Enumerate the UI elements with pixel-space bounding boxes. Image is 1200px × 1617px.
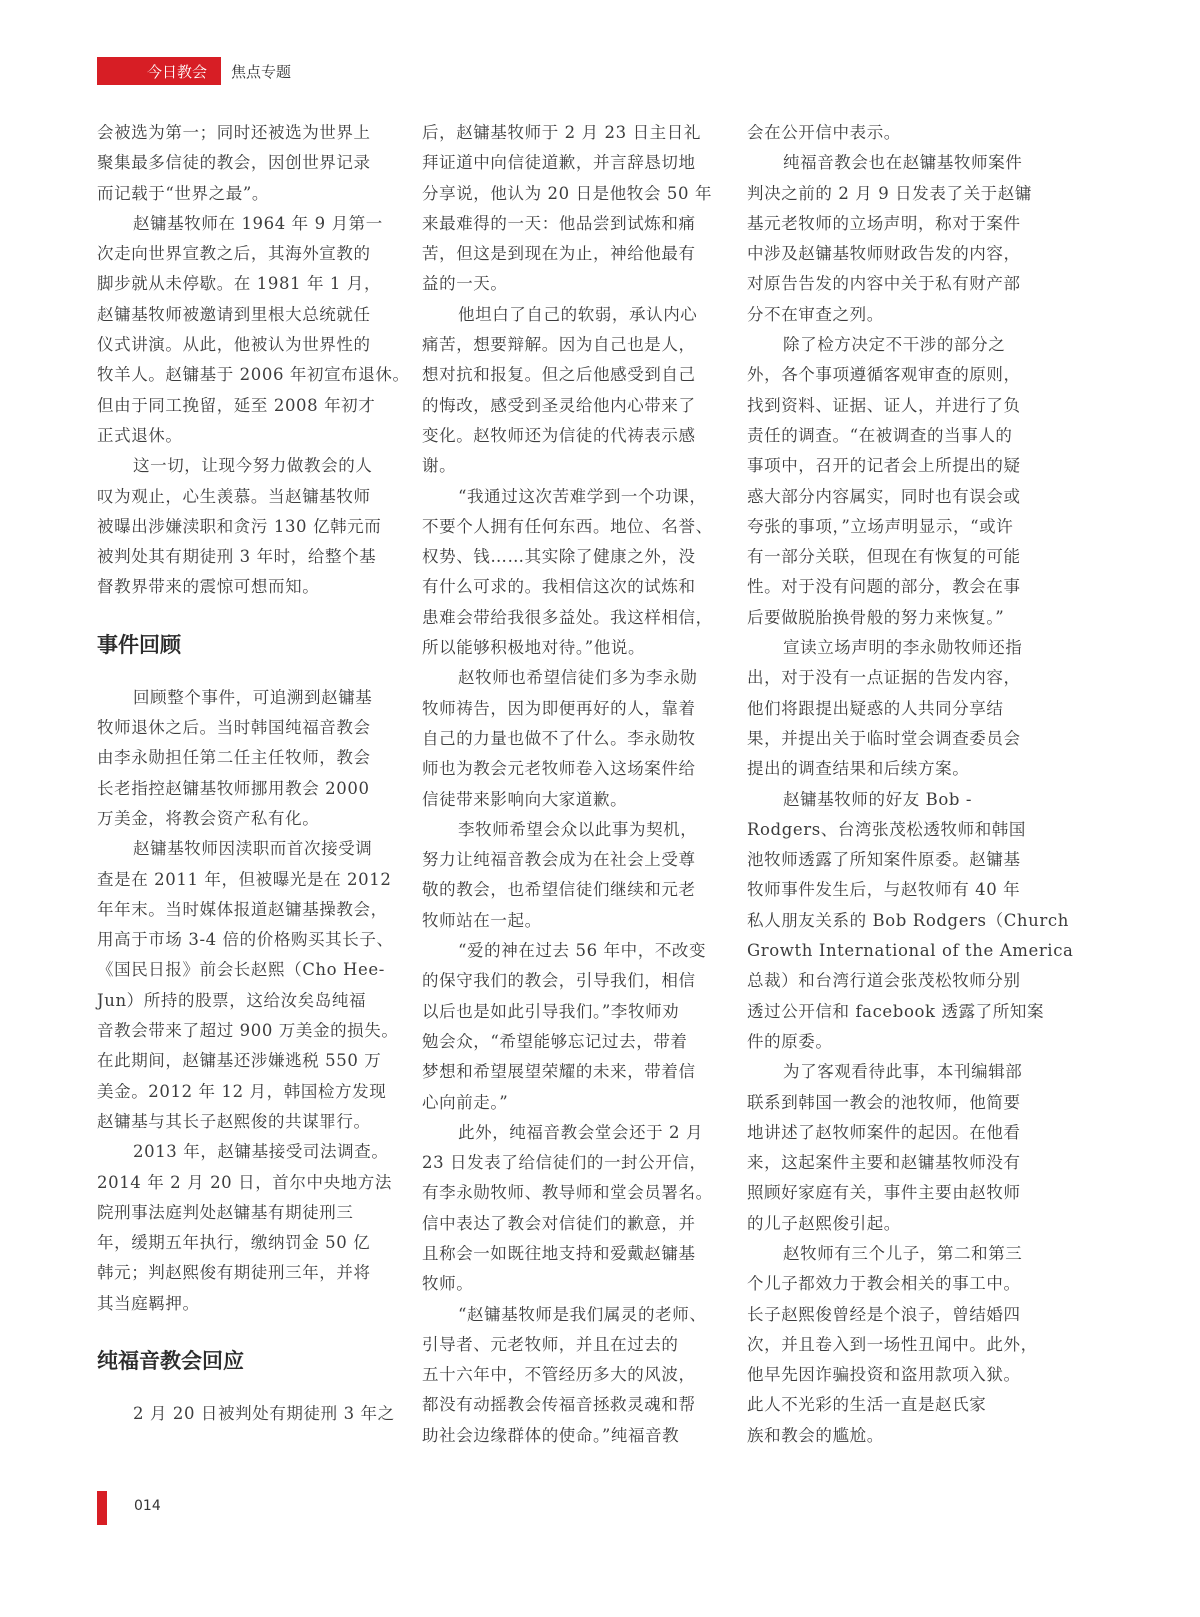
paragraph: “爱的神在过去 56 年中，不改变的保守我们的教会，引导我们，相信以后也是如此引…	[422, 936, 714, 1118]
text-line: 牧师祷告，因为即便再好的人，靠着	[422, 694, 714, 724]
text-line: 谢。	[422, 451, 714, 481]
text-line: 赵镛基与其长子赵熙俊的共谋罪行。	[97, 1107, 389, 1137]
section-heading: 纯福音教会回应	[97, 1341, 389, 1381]
text-line: 分不在审查之列。	[747, 300, 1039, 330]
text-line: 事项中，召开的记者会上所提出的疑	[747, 451, 1039, 481]
paragraph: 赵牧师也希望信徒们多为李永勋牧师祷告，因为即便再好的人，靠着自己的力量也做不了什…	[422, 663, 714, 814]
text-line: 会在公开信中表示。	[747, 118, 1039, 148]
text-line: 心向前走。”	[422, 1088, 714, 1118]
text-line: 不要个人拥有任何东西。地位、名誉、	[422, 512, 714, 542]
text-line: 对原告告发的内容中关于私有财产部	[747, 269, 1039, 299]
text-line: 纯福音教会也在赵镛基牧师案件	[747, 148, 1039, 178]
text-line: 被曝出涉嫌渎职和贪污 130 亿韩元而	[97, 512, 389, 542]
paragraph: 会在公开信中表示。	[747, 118, 1039, 148]
text-line: 查是在 2011 年，但被曝光是在 2012	[97, 865, 389, 895]
text-line: 此人不光彩的生活一直是赵氏家	[747, 1390, 1039, 1420]
paragraph: 2 月 20 日被判处有期徒刑 3 年之	[97, 1399, 389, 1429]
page-header: 今日教会 焦点专题	[97, 57, 291, 85]
text-line: 五十六年中，不管经历多大的风波，	[422, 1360, 714, 1390]
paragraph: 他坦白了自己的软弱，承认内心痛苦，想要辩解。因为自己也是人，想对抗和报复。但之后…	[422, 300, 714, 482]
text-line: 次走向世界宣教之后，其海外宣教的	[97, 239, 389, 269]
text-line: 判决之前的 2 月 9 日发表了关于赵镛	[747, 179, 1039, 209]
text-line: 赵牧师有三个儿子，第二和第三	[747, 1239, 1039, 1269]
text-line: 叹为观止，心生羡慕。当赵镛基牧师	[97, 482, 389, 512]
text-line: 在此期间，赵镛基还涉嫌逃税 550 万	[97, 1046, 389, 1076]
text-line: 照顾好家庭有关，事件主要由赵牧师	[747, 1178, 1039, 1208]
text-line: 2013 年，赵镛基接受司法调查。	[97, 1137, 389, 1167]
text-line: 惑大部分内容属实，同时也有误会或	[747, 482, 1039, 512]
text-line: 联系到韩国一教会的池牧师，他简要	[747, 1088, 1039, 1118]
text-line: 长老指控赵镛基牧师挪用教会 2000	[97, 774, 389, 804]
text-line: 赵镛基牧师被邀请到里根大总统就任	[97, 300, 389, 330]
text-line: 来，这起案件主要和赵镛基牧师没有	[747, 1148, 1039, 1178]
text-line: 此外，纯福音教会堂会还于 2 月	[422, 1118, 714, 1148]
text-line: 透过公开信和 facebook 透露了所知案	[747, 997, 1039, 1027]
page-number: 014	[134, 1498, 161, 1514]
text-line: “我通过这次苦难学到一个功课，	[422, 482, 714, 512]
text-line: 美金。2012 年 12 月，韩国检方发现	[97, 1077, 389, 1107]
text-line: 宣读立场声明的李永勋牧师还指	[747, 633, 1039, 663]
text-line: 牧师退休之后。当时韩国纯福音教会	[97, 713, 389, 743]
text-line: 这一切，让现今努力做教会的人	[97, 451, 389, 481]
text-line: 其当庭羁押。	[97, 1289, 389, 1319]
text-line: 想对抗和报复。但之后他感受到自己	[422, 360, 714, 390]
text-line: 后，赵镛基牧师于 2 月 23 日主日礼	[422, 118, 714, 148]
text-line: 长子赵熙俊曾经是个浪子，曾结婚四	[747, 1300, 1039, 1330]
text-line: 变化。赵牧师还为信徒的代祷表示感	[422, 421, 714, 451]
text-line: 回顾整个事件，可追溯到赵镛基	[97, 683, 389, 713]
text-line: 聚集最多信徒的教会，因创世界记录	[97, 148, 389, 178]
paragraph: 此外，纯福音教会堂会还于 2 月23 日发表了给信徒们的一封公开信，有李永勋牧师…	[422, 1118, 714, 1300]
text-line: 找到资料、证据、证人，并进行了负	[747, 391, 1039, 421]
text-line: 件的原委。	[747, 1027, 1039, 1057]
paragraph: 为了客观看待此事，本刊编辑部联系到韩国一教会的池牧师，他简要地讲述了赵牧师案件的…	[747, 1057, 1039, 1239]
text-line: 赵镛基牧师的好友 Bob -	[747, 785, 1039, 815]
text-line: 所以能够积极地对待。”他说。	[422, 633, 714, 663]
paragraph: 会被选为第一；同时还被选为世界上聚集最多信徒的教会，因创世界记录而记载于“世界之…	[97, 118, 389, 209]
text-line: 次，并且卷入到一场性丑闻中。此外，	[747, 1330, 1039, 1360]
text-line: 苦，但这是到现在为止，神给他最有	[422, 239, 714, 269]
text-line: 自己的力量也做不了什么。李永勋牧	[422, 724, 714, 754]
text-line: 牧师。	[422, 1269, 714, 1299]
paragraph: 2013 年，赵镛基接受司法调查。2014 年 2 月 20 日，首尔中央地方法…	[97, 1137, 389, 1319]
text-line: 个儿子都效力于教会相关的事工中。	[747, 1269, 1039, 1299]
text-line: 但由于同工挽留，延至 2008 年初才	[97, 391, 389, 421]
text-line: 有什么可求的。我相信这次的试炼和	[422, 572, 714, 602]
text-line: 赵镛基牧师因渎职而首次接受调	[97, 834, 389, 864]
text-line: 赵牧师也希望信徒们多为李永勋	[422, 663, 714, 693]
text-line: 而记载于“世界之最”。	[97, 179, 389, 209]
text-line: 痛苦，想要辩解。因为自己也是人，	[422, 330, 714, 360]
text-line: 音教会带来了超过 900 万美金的损失。	[97, 1016, 389, 1046]
section-heading: 事件回顾	[97, 625, 389, 665]
text-line: 努力让纯福音教会成为在社会上受尊	[422, 845, 714, 875]
text-line: 后要做脱胎换骨般的努力来恢复。”	[747, 603, 1039, 633]
text-line: 督教界带来的震惊可想而知。	[97, 572, 389, 602]
text-line: 被判处其有期徒刑 3 年时，给整个基	[97, 542, 389, 572]
text-line: 他早先因诈骗投资和盗用款项入狱。	[747, 1360, 1039, 1390]
text-line: 梦想和希望展望荣耀的未来，带着信	[422, 1057, 714, 1087]
text-line: 牧师站在一起。	[422, 906, 714, 936]
text-line: 果，并提出关于临时堂会调查委员会	[747, 724, 1039, 754]
text-line: 由李永勋担任第二任主任牧师，教会	[97, 743, 389, 773]
section-title: 焦点专题	[231, 61, 291, 82]
text-line: 总裁）和台湾行道会张茂松牧师分别	[747, 966, 1039, 996]
text-line: 的保守我们的教会，引导我们，相信	[422, 966, 714, 996]
text-line: 为了客观看待此事，本刊编辑部	[747, 1057, 1039, 1087]
text-line: 外，各个事项遵循客观审查的原则，	[747, 360, 1039, 390]
text-line: 中涉及赵镛基牧师财政告发的内容，	[747, 239, 1039, 269]
text-line: 以后也是如此引导我们。”李牧师劝	[422, 997, 714, 1027]
text-line: 万美金，将教会资产私有化。	[97, 804, 389, 834]
text-line: 脚步就从未停歇。在 1981 年 1 月，	[97, 269, 389, 299]
text-line: 且称会一如既往地支持和爱戴赵镛基	[422, 1239, 714, 1269]
text-line: Growth International of the America	[747, 936, 1039, 966]
text-line: 益的一天。	[422, 269, 714, 299]
text-line: 基元老牧师的立场声明，称对于案件	[747, 209, 1039, 239]
text-line: 敬的教会，也希望信徒们继续和元老	[422, 875, 714, 905]
text-line: 年，缓期五年执行，缴纳罚金 50 亿	[97, 1228, 389, 1258]
text-line: 池牧师透露了所知案件原委。赵镛基	[747, 845, 1039, 875]
text-line: 助社会边缘群体的使命。”纯福音教	[422, 1421, 714, 1451]
text-line: 仪式讲演。从此，他被认为世界性的	[97, 330, 389, 360]
text-line: 引导者、元老牧师，并且在过去的	[422, 1330, 714, 1360]
text-line: “赵镛基牧师是我们属灵的老师、	[422, 1300, 714, 1330]
text-line: 权势、钱……其实除了健康之外，没	[422, 542, 714, 572]
text-line: 会被选为第一；同时还被选为世界上	[97, 118, 389, 148]
section-tag: 今日教会	[97, 57, 221, 85]
text-line: “爱的神在过去 56 年中，不改变	[422, 936, 714, 966]
text-line: 患难会带给我很多益处。我这样相信，	[422, 603, 714, 633]
paragraph: 赵镛基牧师的好友 Bob -Rodgers、台湾张茂松透牧师和韩国池牧师透露了所…	[747, 785, 1039, 1058]
text-line: 2 月 20 日被判处有期徒刑 3 年之	[97, 1399, 389, 1429]
text-line: 拜证道中向信徒道歉，并言辞恳切地	[422, 148, 714, 178]
text-line: 夸张的事项，”立场声明显示，“或许	[747, 512, 1039, 542]
paragraph: 赵镛基牧师因渎职而首次接受调查是在 2011 年，但被曝光是在 2012年年末。…	[97, 834, 389, 1137]
text-line: 信徒带来影响向大家道歉。	[422, 785, 714, 815]
paragraph: 这一切，让现今努力做教会的人叹为观止，心生羡慕。当赵镛基牧师被曝出涉嫌渎职和贪污…	[97, 451, 389, 602]
text-line: 赵镛基牧师在 1964 年 9 月第一	[97, 209, 389, 239]
paragraph: 赵牧师有三个儿子，第二和第三个儿子都效力于教会相关的事工中。长子赵熙俊曾经是个浪…	[747, 1239, 1039, 1451]
article-column-1: 会被选为第一；同时还被选为世界上聚集最多信徒的教会，因创世界记录而记载于“世界之…	[97, 118, 389, 1429]
text-line: 《国民日报》前会长赵熙（Cho Hee-	[97, 955, 389, 985]
text-line: 责任的调查。“在被调查的当事人的	[747, 421, 1039, 451]
paragraph: 回顾整个事件，可追溯到赵镛基牧师退休之后。当时韩国纯福音教会由李永勋担任第二任主…	[97, 683, 389, 834]
text-line: 私人朋友关系的 Bob Rodgers（Church	[747, 906, 1039, 936]
paragraph: “我通过这次苦难学到一个功课，不要个人拥有任何东西。地位、名誉、权势、钱……其实…	[422, 482, 714, 664]
text-line: 用高于市场 3-4 倍的价格购买其长子、	[97, 925, 389, 955]
text-line: 牧师事件发生后，与赵牧师有 40 年	[747, 875, 1039, 905]
paragraph: 赵镛基牧师在 1964 年 9 月第一次走向世界宣教之后，其海外宣教的脚步就从未…	[97, 209, 389, 451]
footer-accent-bar	[97, 1491, 107, 1525]
text-line: 有一部分关联，但现在有恢复的可能	[747, 542, 1039, 572]
text-line: 师也为教会元老牧师卷入这场案件给	[422, 754, 714, 784]
text-line: Jun）所持的股票，这给汝矣岛纯福	[97, 986, 389, 1016]
text-line: 勉会众，“希望能够忘记过去，带着	[422, 1027, 714, 1057]
paragraph: 后，赵镛基牧师于 2 月 23 日主日礼拜证道中向信徒道歉，并言辞恳切地分享说，…	[422, 118, 714, 300]
article-column-3: 会在公开信中表示。纯福音教会也在赵镛基牧师案件判决之前的 2 月 9 日发表了关…	[747, 118, 1039, 1451]
text-line: 提出的调查结果和后续方案。	[747, 754, 1039, 784]
text-line: 2014 年 2 月 20 日，首尔中央地方法	[97, 1168, 389, 1198]
text-line: 分享说，他认为 20 日是他牧会 50 年	[422, 179, 714, 209]
paragraph: 纯福音教会也在赵镛基牧师案件判决之前的 2 月 9 日发表了关于赵镛基元老牧师的…	[747, 148, 1039, 330]
text-line: 出，对于没有一点证据的告发内容，	[747, 663, 1039, 693]
text-line: 正式退休。	[97, 421, 389, 451]
text-line: 他们将跟提出疑惑的人共同分享结	[747, 694, 1039, 724]
text-line: 信中表达了教会对信徒们的歉意，并	[422, 1209, 714, 1239]
paragraph: 宣读立场声明的李永勋牧师还指出，对于没有一点证据的告发内容，他们将跟提出疑惑的人…	[747, 633, 1039, 784]
article-column-2: 后，赵镛基牧师于 2 月 23 日主日礼拜证道中向信徒道歉，并言辞恳切地分享说，…	[422, 118, 714, 1451]
paragraph: 除了检方决定不干涉的部分之外，各个事项遵循客观审查的原则，找到资料、证据、证人，…	[747, 330, 1039, 633]
text-line: 性。对于没有问题的部分，教会在事	[747, 572, 1039, 602]
paragraph: “赵镛基牧师是我们属灵的老师、引导者、元老牧师，并且在过去的五十六年中，不管经历…	[422, 1300, 714, 1451]
text-line: 牧羊人。赵镛基于 2006 年初宣布退休。	[97, 360, 389, 390]
text-line: 地讲述了赵牧师案件的起因。在他看	[747, 1118, 1039, 1148]
text-line: 除了检方决定不干涉的部分之	[747, 330, 1039, 360]
text-line: 来最难得的一天：他品尝到试炼和痛	[422, 209, 714, 239]
text-line: 有李永勋牧师、教导师和堂会员署名。	[422, 1178, 714, 1208]
text-line: 的儿子赵熙俊引起。	[747, 1209, 1039, 1239]
text-line: 族和教会的尴尬。	[747, 1421, 1039, 1451]
text-line: 的悔改，感受到圣灵给他内心带来了	[422, 391, 714, 421]
text-line: 23 日发表了给信徒们的一封公开信，	[422, 1148, 714, 1178]
text-line: 都没有动摇教会传福音拯救灵魂和帮	[422, 1390, 714, 1420]
text-line: 他坦白了自己的软弱，承认内心	[422, 300, 714, 330]
text-line: 李牧师希望会众以此事为契机，	[422, 815, 714, 845]
text-line: Rodgers、台湾张茂松透牧师和韩国	[747, 815, 1039, 845]
text-line: 院刑事法庭判处赵镛基有期徒刑三	[97, 1198, 389, 1228]
text-line: 年年末。当时媒体报道赵镛基操教会，	[97, 895, 389, 925]
text-line: 韩元；判赵熙俊有期徒刑三年，并将	[97, 1258, 389, 1288]
paragraph: 李牧师希望会众以此事为契机，努力让纯福音教会成为在社会上受尊敬的教会，也希望信徒…	[422, 815, 714, 936]
